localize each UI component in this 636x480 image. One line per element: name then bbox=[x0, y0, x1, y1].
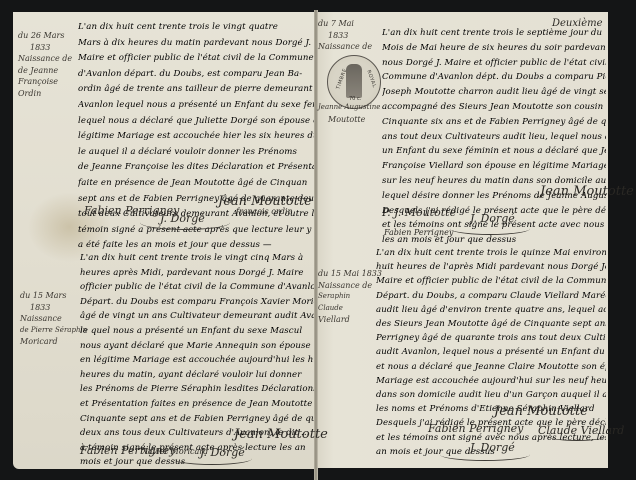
entry-line: Françoise Viellard son épouse en légitim… bbox=[382, 159, 606, 174]
entry-line: L'an dix huit cent trente trois le septi… bbox=[382, 26, 606, 41]
entry-line: le quel nous a présenté un Enfant du sex… bbox=[80, 324, 314, 339]
entry-line: faite en présence de Jean Moutotte âgé d… bbox=[78, 176, 314, 192]
entry-line: ans tout deux Cultivateurs audit lieu, l… bbox=[382, 130, 606, 145]
entry-line: dans son domicile audit lieu d'un Garçon… bbox=[376, 388, 606, 402]
margin-date: du 26 Mars bbox=[18, 30, 72, 42]
signature: P. J. Moutotte bbox=[382, 206, 456, 219]
entry-line: heures après Midi, pardevant nous Dorgé … bbox=[80, 266, 314, 281]
entry-line: audit lieu âgé d'environ trente quatre a… bbox=[376, 303, 606, 317]
signature: Fabien Perrigney bbox=[428, 422, 523, 435]
entry-line: de Jeanne Françoise les dites Déclaratio… bbox=[78, 160, 314, 176]
entry-line: en légitime Mariage est accouchée aujour… bbox=[80, 353, 314, 368]
margin-name: Ordin bbox=[18, 88, 72, 100]
entry-line: nous ayant déclaré que Marie Annequin so… bbox=[80, 339, 314, 354]
entry-line: et nous a déclaré que Jeanne Claire Mout… bbox=[376, 360, 606, 374]
signature-flourish bbox=[450, 222, 530, 235]
entry-line: Départ. du Doubs est comparu François Xa… bbox=[80, 295, 314, 310]
margin-note-entry-1: du 26 Mars 1833 Naissance de de Jeanne F… bbox=[18, 30, 72, 99]
entry-line: d'Avanlon départ. du Doubs, est comparu … bbox=[78, 67, 314, 83]
entry-line: L'an dix huit cent trente trois le vingt… bbox=[78, 20, 314, 36]
entry-line: accompagné des Sieurs Jean Moutotte son … bbox=[382, 100, 606, 115]
signature-flourish bbox=[440, 448, 530, 461]
royal-stamp: TIMBRE ROYAL 70 c. bbox=[327, 55, 381, 109]
entry-line: heures du matin, ayant déclaré vouloir l… bbox=[80, 368, 314, 383]
signature: Fabien Perrigney bbox=[384, 228, 453, 237]
entry-line: Départ. du Doubs, a comparu Claude Viell… bbox=[376, 289, 606, 303]
signature-flourish bbox=[172, 452, 252, 465]
entry-line: Joseph Moutotte charron audit lieu âgé d… bbox=[382, 85, 606, 100]
margin-name: Moricard bbox=[20, 336, 87, 348]
entry-line: Mariage est accouchée aujourd'hui sur le… bbox=[376, 374, 606, 388]
margin-note-entry-3: du 7 Mai 1833 Naissance de bbox=[318, 18, 372, 53]
signature-flourish bbox=[548, 432, 606, 441]
margin-date: du 7 Mai bbox=[318, 18, 372, 30]
entry-line: officier public de l'état civil de la Co… bbox=[80, 280, 314, 295]
margin-label: Naissance bbox=[20, 313, 87, 325]
margin-name: Viellard bbox=[318, 314, 382, 326]
margin-year: 1833 bbox=[18, 42, 72, 54]
entry-line: L'an dix huit cent trente trois le vingt… bbox=[80, 251, 314, 266]
margin-date: du 15 Mai 1833 bbox=[318, 268, 382, 280]
entry-line: Mois de Mai heure de six heures du soir … bbox=[382, 41, 606, 56]
entry-line: nous Dorgé J. Maire et officier public d… bbox=[382, 56, 606, 71]
book-spine bbox=[314, 10, 318, 480]
signature-flourish bbox=[140, 215, 230, 230]
entry-line: légitime Mariage est accouchée hier les … bbox=[78, 129, 314, 145]
margin-name: Moutotte bbox=[318, 114, 380, 126]
entry-line: les Prénoms de Pierre Séraphin lesdites … bbox=[80, 382, 314, 397]
stamp-figure-icon bbox=[346, 64, 362, 98]
signature: Jean Moutotte bbox=[540, 184, 634, 199]
stamp-right-text: ROYAL bbox=[365, 69, 377, 88]
entry-line: lequel nous a déclaré que Juliette Dorgé… bbox=[78, 114, 314, 130]
entry-line: Perrigney âgé de quarante trois ans tout… bbox=[376, 331, 606, 345]
margin-name: Jeanne Augustine bbox=[318, 102, 380, 114]
margin-name: Françoise bbox=[18, 76, 72, 88]
entry-line: et Présentation faites en présence de Je… bbox=[80, 397, 314, 412]
margin-note-entry-4: du 15 Mai 1833 Naissance de Seraphin Cla… bbox=[318, 268, 382, 326]
entry-line: des Sieurs Jean Moutotte âgé de Cinquant… bbox=[376, 317, 606, 331]
entry-line: âgé de vingt un ans Cultivateur demeuran… bbox=[80, 309, 314, 324]
margin-label: Naissance de bbox=[318, 280, 382, 292]
signature: Jean Moutotte bbox=[494, 404, 588, 419]
entry-line: ordin âgé de trente ans tailleur de pier… bbox=[78, 82, 314, 98]
entry-line: huit heures de l'après Midi pardevant no… bbox=[376, 260, 606, 274]
entry-line: L'an dix huit cent trente trois le quinz… bbox=[376, 246, 606, 260]
signature: françois ordin bbox=[236, 207, 293, 216]
margin-note-entry-3-name: Jeanne Augustine Moutotte bbox=[318, 102, 380, 125]
entry-line: Cinquante six ans et de Fabien Perrigney… bbox=[382, 115, 606, 130]
entry-line: un Enfant du sexe féminin et nous a décl… bbox=[382, 144, 606, 159]
entry-line: le auquel il a déclaré vouloir donner le… bbox=[78, 145, 314, 161]
entry-line: Mars à dix heures du matin pardevant nou… bbox=[78, 36, 314, 52]
margin-name: de Jeanne bbox=[18, 65, 72, 77]
margin-name: de Pierre Séraphin bbox=[20, 325, 87, 337]
signature: Jean Moutotte bbox=[234, 427, 328, 442]
entry-line: Avanlon lequel nous a présenté un Enfant… bbox=[78, 98, 314, 114]
margin-date: du 15 Mars bbox=[20, 290, 87, 302]
margin-year: 1833 bbox=[20, 302, 87, 314]
entry-line: Maire et officier public de l'état civil… bbox=[376, 274, 606, 288]
entry-line: Commune d'Avanlon dépt. du Doubs a compa… bbox=[382, 70, 606, 85]
entry-line: Cinquante sept ans et de Fabien Perrigne… bbox=[80, 412, 314, 427]
entry-line: Maire et officier public de l'état civil… bbox=[78, 51, 314, 67]
entry-line: audit Avanlon, lequel nous a présenté un… bbox=[376, 345, 606, 359]
margin-label: Naissance de bbox=[318, 41, 372, 53]
margin-year: 1833 bbox=[318, 30, 372, 42]
margin-name: Claude bbox=[318, 303, 382, 315]
margin-label: Naissance de bbox=[18, 53, 72, 65]
margin-note-entry-2: du 15 Mars 1833 Naissance de Pierre Séra… bbox=[20, 290, 87, 348]
margin-name: Seraphin bbox=[318, 291, 382, 303]
